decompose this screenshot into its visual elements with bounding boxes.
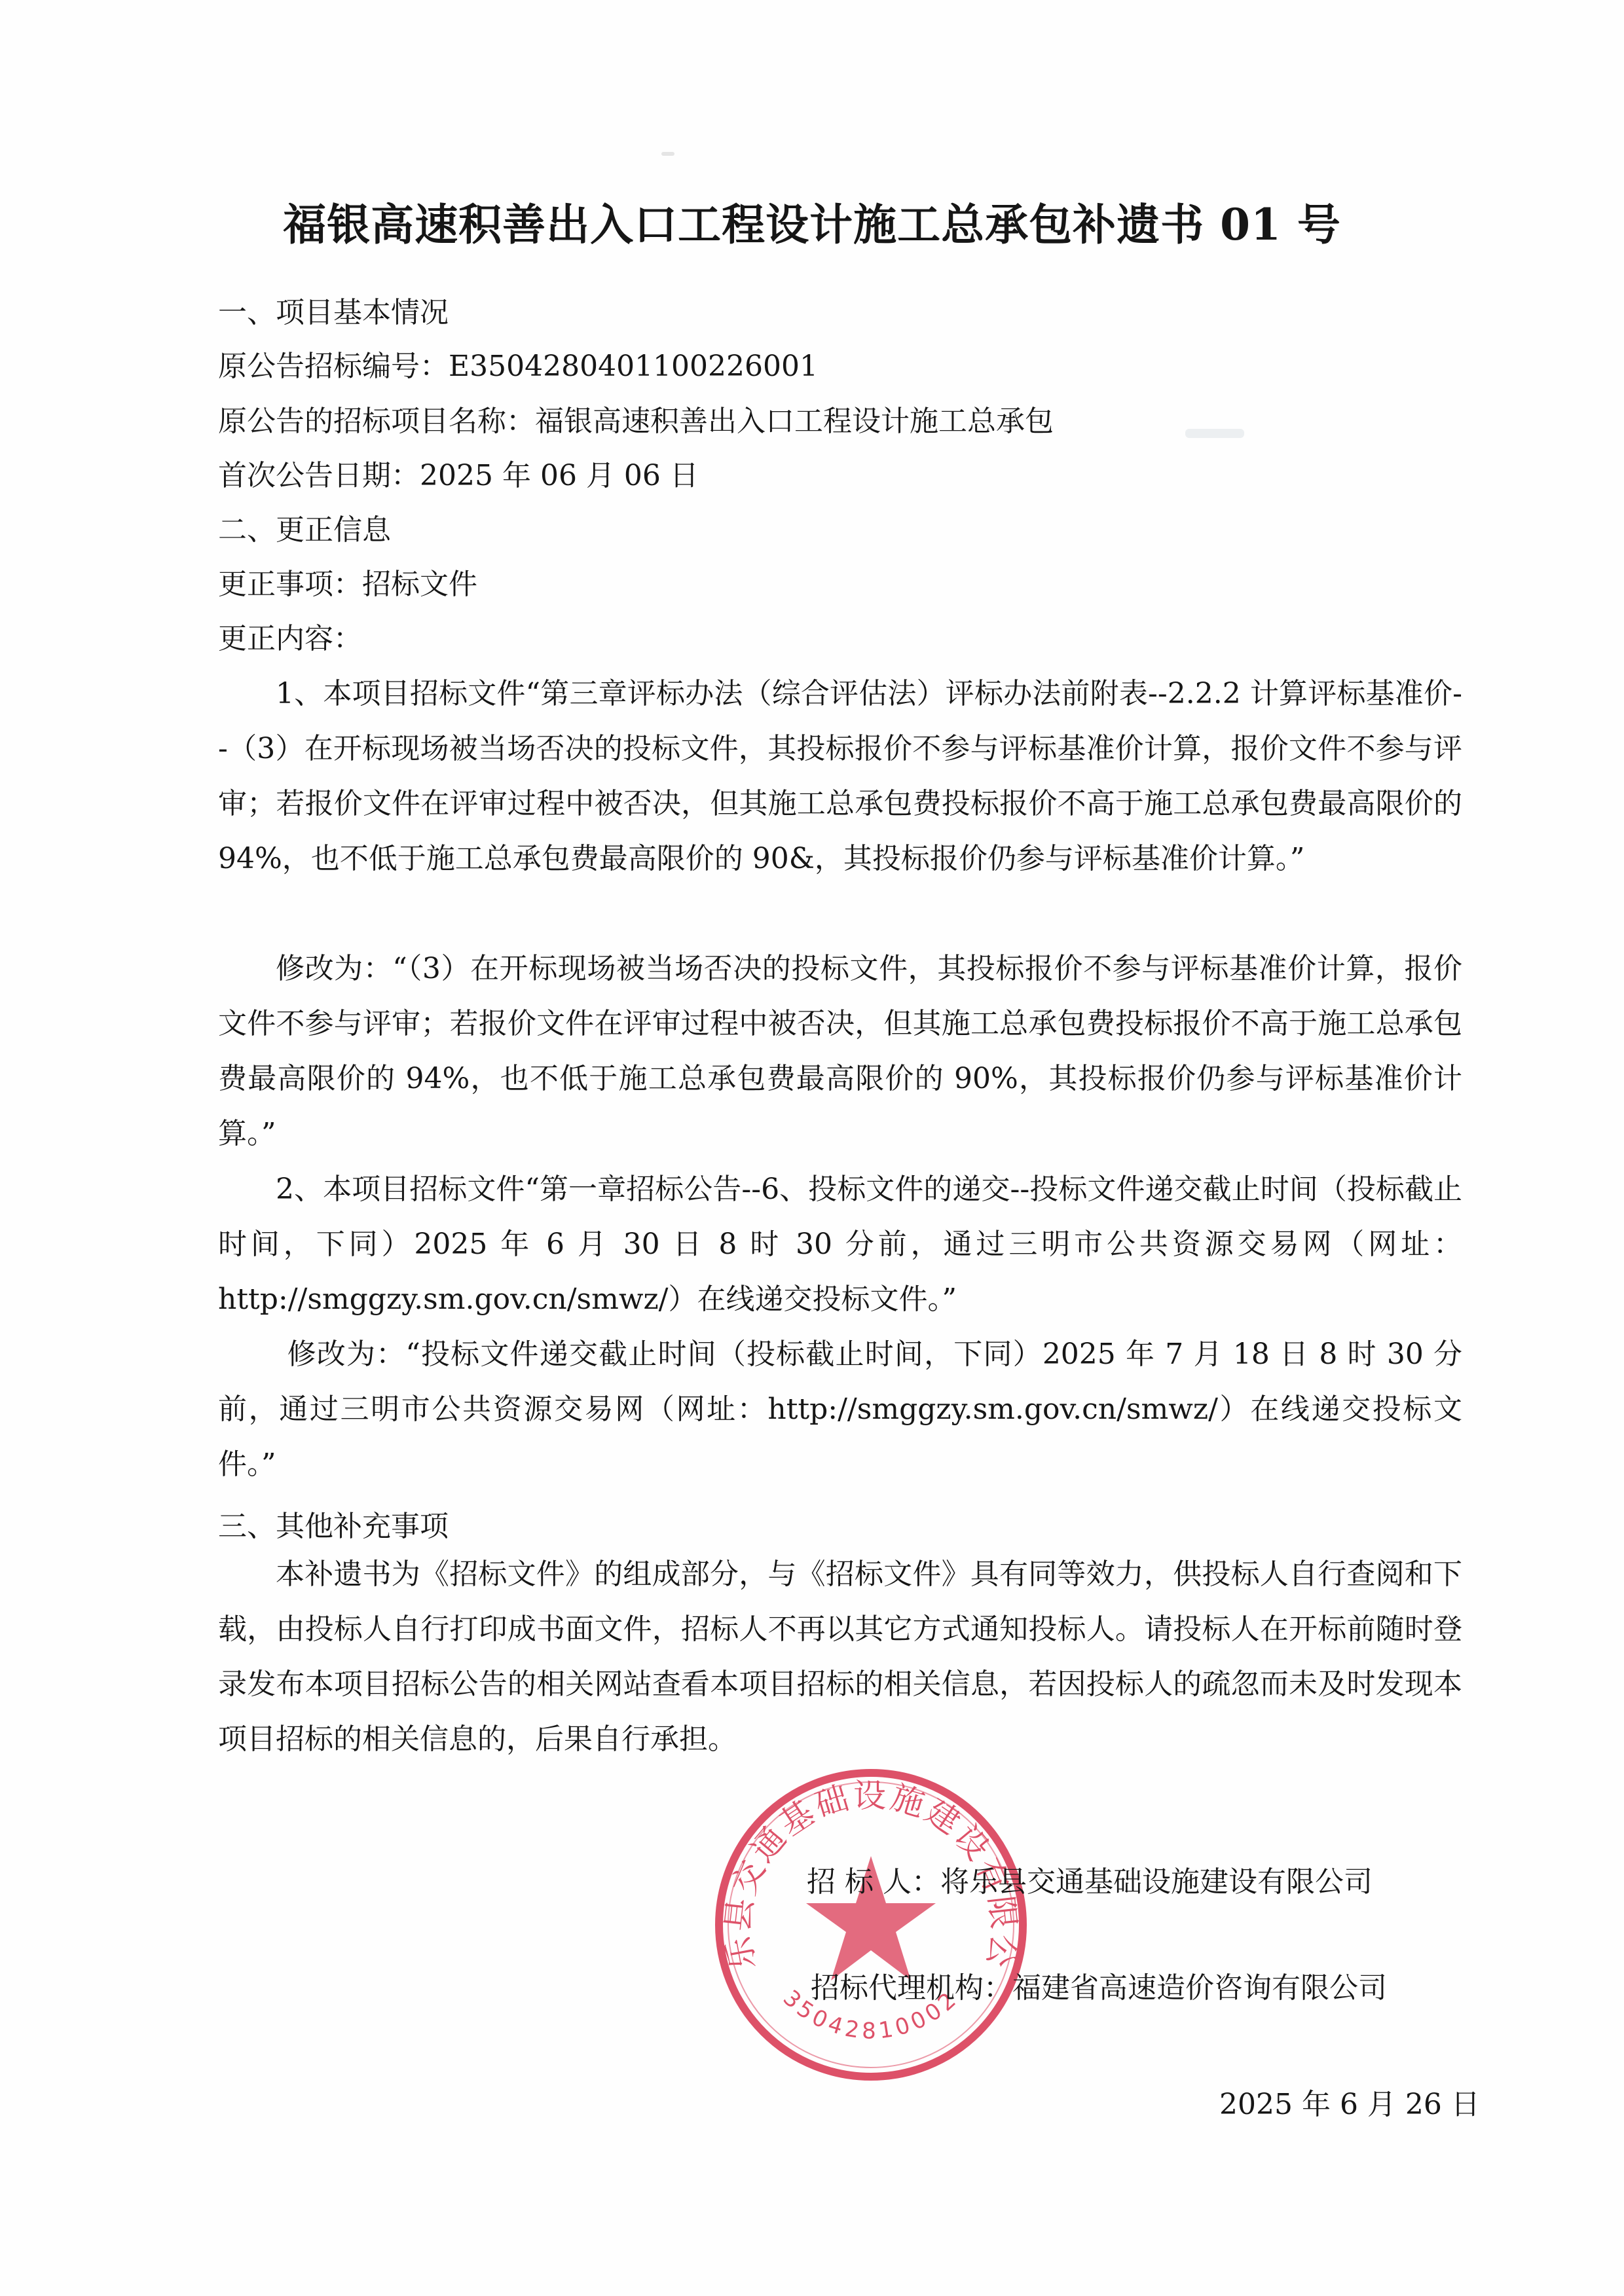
company-seal-icon: 将乐县交通基础设施建设有限公司 35042810002 bbox=[710, 1764, 1031, 2085]
section-heading-correction: 二、更正信息 bbox=[218, 511, 391, 550]
issue-date: 2025 年 6 月 26 日 bbox=[1219, 2081, 1480, 2123]
original-tender-code: 原公告招标编号：E3504280401100226001 bbox=[218, 347, 818, 386]
correction-1-original: 1、本项目招标文件“第三章评标办法（综合评估法）评标办法前附表--2.2.2 计… bbox=[218, 666, 1462, 886]
supplementary-text: 本补遗书为《招标文件》的组成部分，与《招标文件》具有同等效力，供投标人自行查阅和… bbox=[218, 1547, 1462, 1767]
section-heading-supplementary: 三、其他补充事项 bbox=[218, 1507, 449, 1546]
document-title: 福银高速积善出入口工程设计施工总承包补遗书 01 号 bbox=[0, 190, 1624, 252]
correction-2-original: 2、本项目招标文件“第一章招标公告--6、投标文件的递交--投标文件递交截止时间… bbox=[218, 1162, 1462, 1327]
correction-item: 更正事项：招标文件 bbox=[218, 565, 477, 604]
first-announcement-date: 首次公告日期：2025 年 06 月 06 日 bbox=[218, 456, 699, 496]
agent-signature: 招标代理机构：福建省高速造价咨询有限公司 bbox=[811, 1964, 1387, 2006]
correction-2-revised: 修改为：“投标文件递交截止时间（投标截止时间，下同）2025 年 7 月 18 … bbox=[218, 1327, 1462, 1492]
correction-content-label: 更正内容： bbox=[218, 619, 362, 659]
scan-smudge bbox=[1185, 429, 1244, 438]
document-page: 福银高速积善出入口工程设计施工总承包补遗书 01 号 一、项目基本情况 原公告招… bbox=[0, 0, 1624, 2296]
tenderer-signature: 招 标 人：将乐县交通基础设施建设有限公司 bbox=[807, 1858, 1373, 1900]
correction-1-revised: 修改为：“（3）在开标现场被当场否决的投标文件，其投标报价不参与评标基准价计算，… bbox=[218, 941, 1462, 1161]
original-project-name: 原公告的招标项目名称：福银高速积善出入口工程设计施工总承包 bbox=[218, 402, 1054, 441]
section-heading-basic-info: 一、项目基本情况 bbox=[218, 293, 449, 333]
scan-speck bbox=[661, 152, 674, 156]
